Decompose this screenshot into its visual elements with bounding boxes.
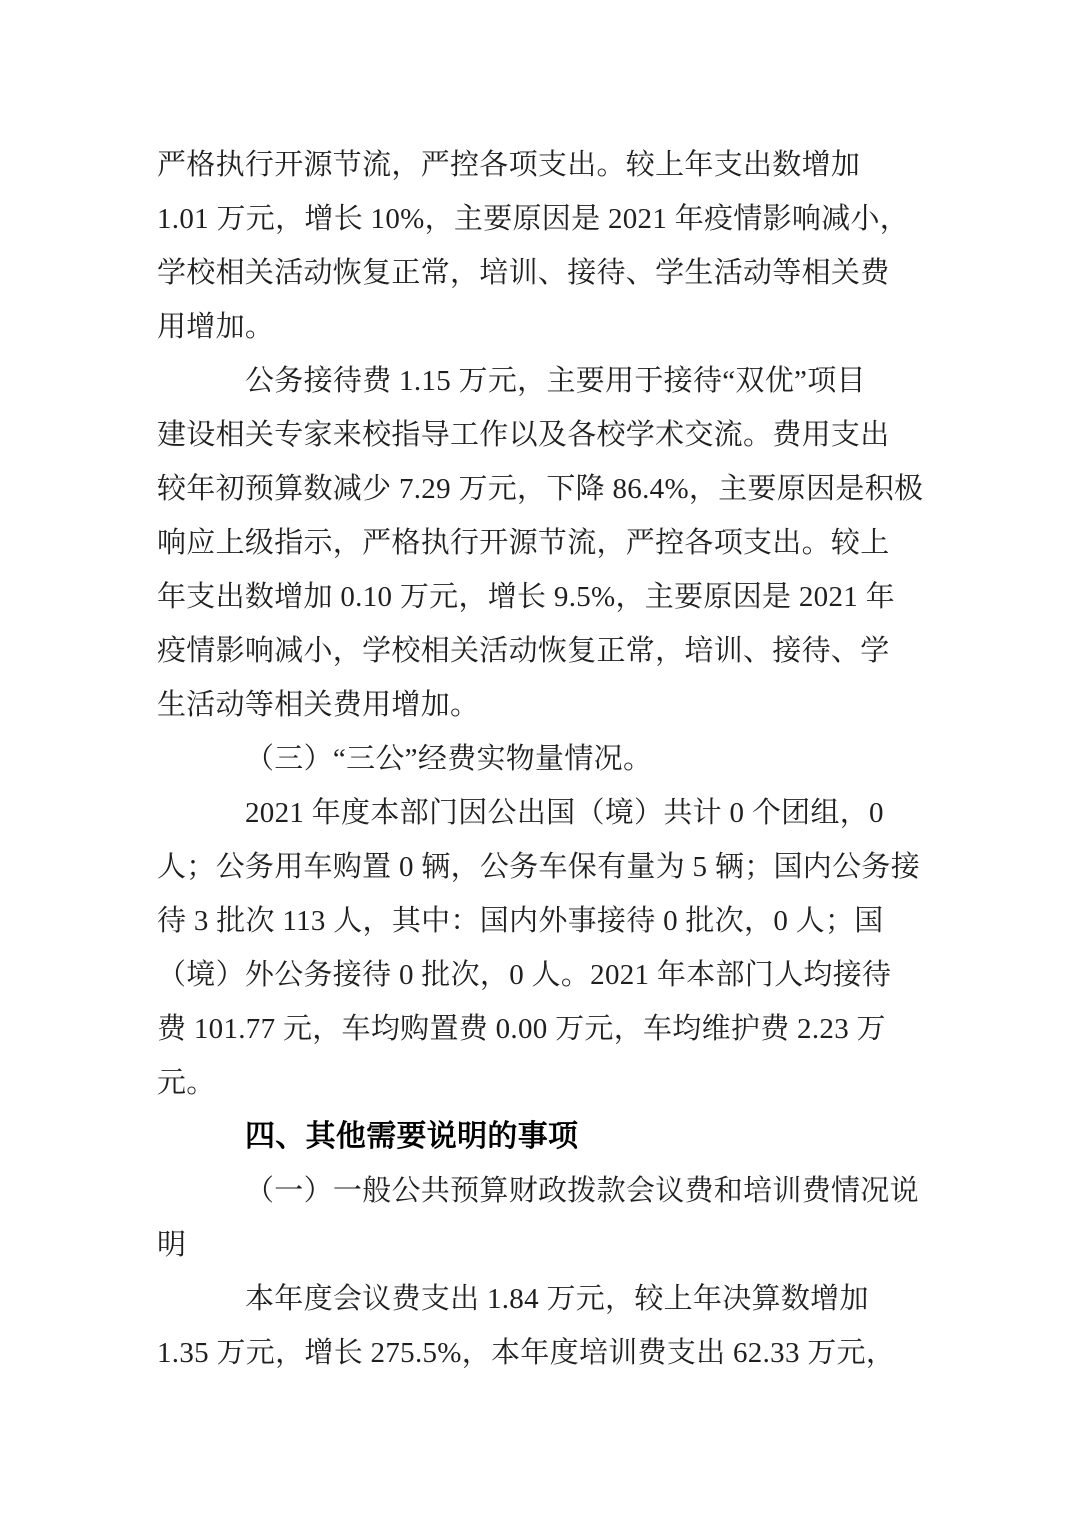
- text-line: 2021 年度本部门因公出国（境）共计 0 个团组，0: [157, 786, 915, 840]
- text-line: 较年初预算数减少 7.29 万元，下降 86.4%，主要原因是积极: [157, 462, 915, 516]
- text-block: 严格执行开源节流，严控各项支出。较上年支出数增加 1.01 万元，增长 10%，…: [157, 138, 915, 1380]
- text-line: 公务接待费 1.15 万元，主要用于接待“双优”项目: [157, 354, 915, 408]
- subsection-title-meeting-training-fee: （一）一般公共预算财政拨款会议费和培训费情况说 明: [157, 1164, 915, 1272]
- text-line: 待 3 批次 113 人，其中：国内外事接待 0 批次，0 人；国: [157, 894, 915, 948]
- subsection-title-line: 明: [157, 1218, 915, 1272]
- text-line: 费 101.77 元，车均购置费 0.00 万元，车均维护费 2.23 万: [157, 1002, 915, 1056]
- subsection-title-line: （三）“三公”经费实物量情况。: [157, 732, 915, 786]
- text-line: 用增加。: [157, 300, 915, 354]
- paragraph-official-reception-fee: 公务接待费 1.15 万元，主要用于接待“双优”项目 建设相关专家来校指导工作以…: [157, 354, 915, 732]
- section-heading-line: 四、其他需要说明的事项: [157, 1110, 915, 1164]
- section-heading-other-matters: 四、其他需要说明的事项: [157, 1110, 915, 1164]
- paragraph-physical-quantity: 2021 年度本部门因公出国（境）共计 0 个团组，0 人；公务用车购置 0 辆…: [157, 786, 915, 1110]
- text-line: 生活动等相关费用增加。: [157, 678, 915, 732]
- document-page: 严格执行开源节流，严控各项支出。较上年支出数增加 1.01 万元，增长 10%，…: [0, 0, 1075, 1520]
- text-line: 1.01 万元，增长 10%，主要原因是 2021 年疫情影响减小，: [157, 192, 915, 246]
- paragraph-expense-growth: 严格执行开源节流，严控各项支出。较上年支出数增加 1.01 万元，增长 10%，…: [157, 138, 915, 354]
- paragraph-meeting-training-detail: 本年度会议费支出 1.84 万元，较上年决算数增加 1.35 万元，增长 275…: [157, 1272, 915, 1380]
- subsection-title-three-public-funds: （三）“三公”经费实物量情况。: [157, 732, 915, 786]
- text-line: 本年度会议费支出 1.84 万元，较上年决算数增加: [157, 1272, 915, 1326]
- text-line: 疫情影响减小，学校相关活动恢复正常，培训、接待、学: [157, 624, 915, 678]
- text-line: 建设相关专家来校指导工作以及各校学术交流。费用支出: [157, 408, 915, 462]
- text-line: 人；公务用车购置 0 辆，公务车保有量为 5 辆；国内公务接: [157, 840, 915, 894]
- text-line: 学校相关活动恢复正常，培训、接待、学生活动等相关费: [157, 246, 915, 300]
- text-line: （境）外公务接待 0 批次，0 人。2021 年本部门人均接待: [157, 948, 915, 1002]
- text-line: 年支出数增加 0.10 万元，增长 9.5%，主要原因是 2021 年: [157, 570, 915, 624]
- text-line: 响应上级指示，严格执行开源节流，严控各项支出。较上: [157, 516, 915, 570]
- text-line: 1.35 万元，增长 275.5%，本年度培训费支出 62.33 万元，: [157, 1326, 915, 1380]
- subsection-title-line: （一）一般公共预算财政拨款会议费和培训费情况说: [157, 1164, 915, 1218]
- text-line: 严格执行开源节流，严控各项支出。较上年支出数增加: [157, 138, 915, 192]
- text-line: 元。: [157, 1056, 915, 1110]
